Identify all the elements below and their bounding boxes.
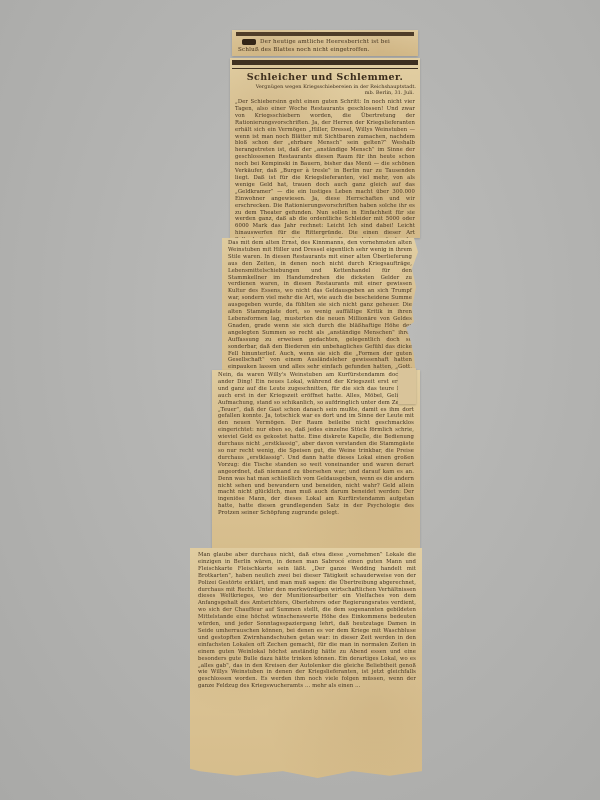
article-clipping-segment-2: Das mit dem alten Ernst, des Kinnmanns, … (222, 238, 422, 378)
article-text-segment-4: Man glaube aber durchaus nicht, daß etwa… (198, 552, 416, 690)
article-header-clipping: Schleicher und Schlemmer. Vergnügen wege… (230, 58, 420, 238)
article-text-segment-1: „Der Schiebersinn geht einen guten Schri… (235, 99, 415, 238)
rule (236, 32, 414, 36)
article-headline: Schleicher und Schlemmer. (230, 72, 420, 83)
pointing-hand-icon (242, 39, 256, 45)
notice-clipping: Der heutige amtliche Heeresbericht ist b… (232, 30, 418, 56)
folded-paper-flap (398, 368, 416, 404)
thin-rule (232, 68, 418, 69)
article-clipping-segment-4: Man glaube aber durchaus nicht, daß etwa… (190, 548, 422, 778)
article-text-segment-2: Das mit dem alten Ernst, des Kinnmanns, … (228, 240, 412, 378)
article-clipping-segment-3: Nein, da waren Willy's Weinstuben am Kur… (212, 370, 420, 550)
article-dateline: mb. Berlin, 31. Juli. (234, 90, 414, 97)
thick-rule (232, 60, 418, 65)
notice-line-2: Schluß des Blattes noch nicht eingetroff… (238, 46, 414, 54)
notice-line-1: Der heutige amtliche Heeresbericht ist b… (260, 38, 414, 46)
article-text-segment-3: Nein, da waren Willy's Weinstuben am Kur… (218, 372, 414, 517)
